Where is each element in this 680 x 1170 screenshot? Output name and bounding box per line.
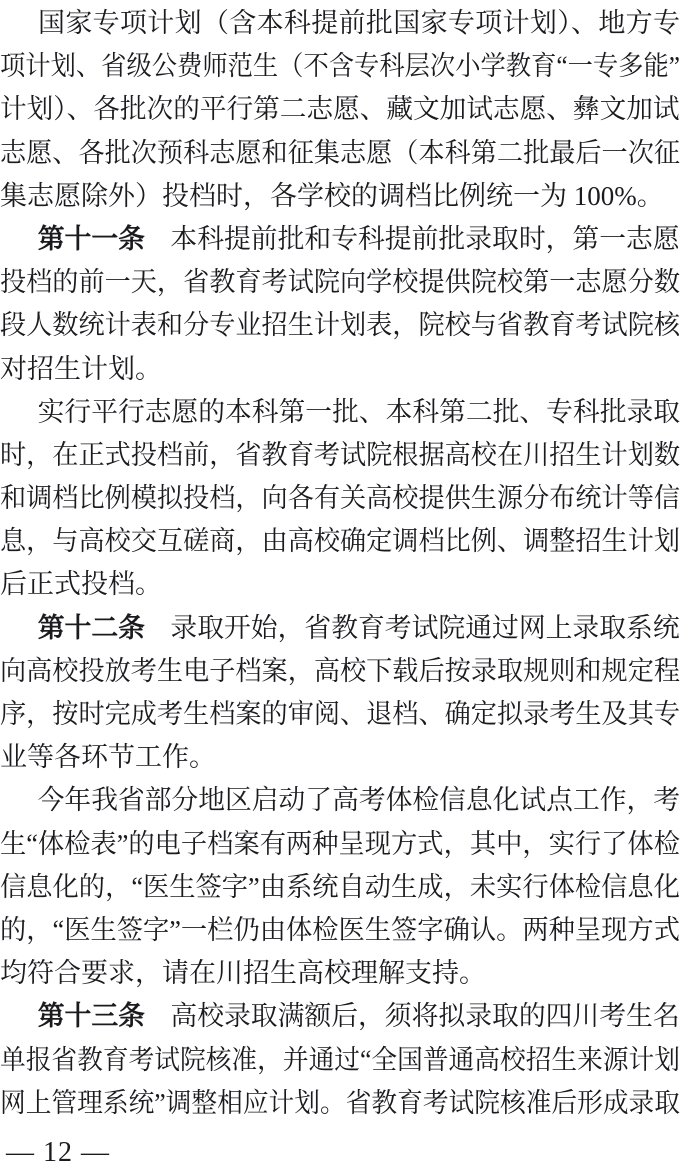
line-text: 实行平行志愿的本科第一批、本科第二批、专科批录取 [38, 397, 680, 427]
text-line: 第十三条高校录取满额后，须将拟录取的四川考生名 [0, 995, 675, 1038]
paragraph: 实行平行志愿的本科第一批、本科第二批、专科批录取时，在正式投档前，省教育考试院根… [0, 391, 680, 607]
text-line: 后正式投档。 [0, 563, 680, 606]
text-line: 单报省教育考试院核准，并通过“全国普通高校招生来源计划 [0, 1039, 648, 1082]
line-text: 计划）、各批次的平行第二志愿、藏文加试志愿、彝文加试 [0, 94, 680, 124]
line-text: 的，“医生签字”一栏仍由体检医生签字确认。两种呈现方式 [0, 915, 680, 945]
text-line: 对招生计划。 [0, 348, 680, 391]
line-text: 业等各环节工作。 [0, 742, 216, 772]
text-line: 序，按时完成考生档案的审阅、退档、确定拟录考生及其专 [0, 693, 659, 736]
paragraph: 第十三条高校录取满额后，须将拟录取的四川考生名单报省教育考试院核准，并通过“全国… [0, 995, 680, 1125]
text-line: 网上管理系统”调整相应计划。省教育考试院核准后形成录取 [0, 1082, 648, 1125]
line-text: 今年我省部分地区启动了高考体检信息化试点工作，考 [38, 785, 680, 815]
line-text: 生“体检表”的电子档案有两种呈现方式，其中，实行了体检 [0, 829, 680, 859]
article-number: 第十二条 [38, 613, 145, 643]
line-text: 高校录取满额后，须将拟录取的四川考生名 [170, 1001, 679, 1031]
line-text: 国家专项计划（含本科提前批国家专项计划）、地方专 [38, 8, 680, 38]
line-text: 志愿、各批次预科志愿和征集志愿（本科第二批最后一次征 [0, 138, 680, 168]
page-number: — 12 — [6, 1136, 110, 1170]
line-text: 时，在正式投档前，省教育考试院根据高校在川招生计划数 [0, 440, 680, 470]
line-text: 投档的前一天，省教育考试院向学校提供院校第一志愿分数 [0, 267, 680, 297]
text-line: 国家专项计划（含本科提前批国家专项计划）、地方专 [0, 2, 680, 45]
text-line: 志愿、各批次预科志愿和征集志愿（本科第二批最后一次征 [0, 132, 659, 175]
text-line: 信息化的，“医生签字”由系统自动生成，未实行体检信息化 [0, 866, 662, 909]
line-text: 信息化的，“医生签字”由系统自动生成，未实行体检信息化 [0, 872, 680, 902]
line-text: 集志愿除外）投档时，各学校的调档比例统一为 100%。 [0, 181, 664, 211]
line-text: 录取开始，省教育考试院通过网上录取系统 [170, 613, 679, 643]
paragraph: 国家专项计划（含本科提前批国家专项计划）、地方专项计划、省级公费师范生（不含专科… [0, 2, 680, 218]
line-text: 和调档比例模拟投档，向各有关高校提供生源分布统计等信 [0, 483, 680, 513]
text-line: 业等各环节工作。 [0, 736, 680, 779]
paragraph: 今年我省部分地区启动了高考体检信息化试点工作，考生“体检表”的电子档案有两种呈现… [0, 779, 680, 995]
line-text: 单报省教育考试院核准，并通过“全国普通高校招生来源计划 [0, 1045, 680, 1075]
line-text: 段人数统计表和分专业招生计划表，院校与省教育考试院核 [0, 310, 680, 340]
article-number: 第十一条 [38, 224, 145, 254]
article-number: 第十三条 [38, 1001, 145, 1031]
text-line: 和调档比例模拟投档，向各有关高校提供生源分布统计等信 [0, 477, 659, 520]
line-text: 序，按时完成考生档案的审阅、退档、确定拟录考生及其专 [0, 699, 680, 729]
text-line: 段人数统计表和分专业招生计划表，院校与省教育考试院核 [0, 304, 659, 347]
text-line: 的，“医生签字”一栏仍由体检医生签字确认。两种呈现方式 [0, 909, 662, 952]
text-line: 时，在正式投档前，省教育考试院根据高校在川招生计划数 [0, 434, 659, 477]
text-line: 项计划、省级公费师范生（不含专科层次小学教育“一专多能” [0, 45, 637, 88]
text-line: 计划）、各批次的平行第二志愿、藏文加试志愿、彝文加试 [0, 88, 671, 131]
text-line: 投档的前一天，省教育考试院向学校提供院校第一志愿分数 [0, 261, 659, 304]
text-line: 今年我省部分地区启动了高考体检信息化试点工作，考 [0, 779, 674, 822]
text-line: 第十一条本科提前批和专科提前批录取时，第一志愿 [0, 218, 675, 261]
text-line: 实行平行志愿的本科第一批、本科第二批、专科批录取 [0, 391, 674, 434]
document-body: 国家专项计划（含本科提前批国家专项计划）、地方专项计划、省级公费师范生（不含专科… [0, 2, 680, 1125]
text-line: 集志愿除外）投档时，各学校的调档比例统一为 100%。 [0, 175, 680, 218]
line-text: 向高校投放考生电子档案，高校下载后按录取规则和规定程 [0, 656, 680, 686]
text-line: 向高校投放考生电子档案，高校下载后按录取规则和规定程 [0, 650, 659, 693]
scanned-document-page: { "page": { "background_color": "#ffffff… [0, 0, 680, 1170]
text-line: 息，与高校交互磋商，由高校确定调档比例、调整招生计划 [0, 520, 659, 563]
line-text: 网上管理系统”调整相应计划。省教育考试院核准后形成录取 [0, 1088, 680, 1118]
line-text: 息，与高校交互磋商，由高校确定调档比例、调整招生计划 [0, 526, 680, 556]
text-line: 第十二条录取开始，省教育考试院通过网上录取系统 [0, 607, 675, 650]
paragraph: 第十二条录取开始，省教育考试院通过网上录取系统向高校投放考生电子档案，高校下载后… [0, 607, 680, 780]
line-text: 本科提前批和专科提前批录取时，第一志愿 [170, 224, 679, 254]
text-line: 生“体检表”的电子档案有两种呈现方式，其中，实行了体检 [0, 823, 662, 866]
paragraph: 第十一条本科提前批和专科提前批录取时，第一志愿投档的前一天，省教育考试院向学校提… [0, 218, 680, 391]
line-text: 项计划、省级公费师范生（不含专科层次小学教育“一专多能” [0, 51, 680, 81]
line-text: 后正式投档。 [0, 569, 162, 599]
line-text: 对招生计划。 [0, 354, 162, 384]
text-line: 均符合要求，请在川招生高校理解支持。 [0, 952, 680, 995]
line-text: 均符合要求，请在川招生高校理解支持。 [0, 958, 486, 988]
